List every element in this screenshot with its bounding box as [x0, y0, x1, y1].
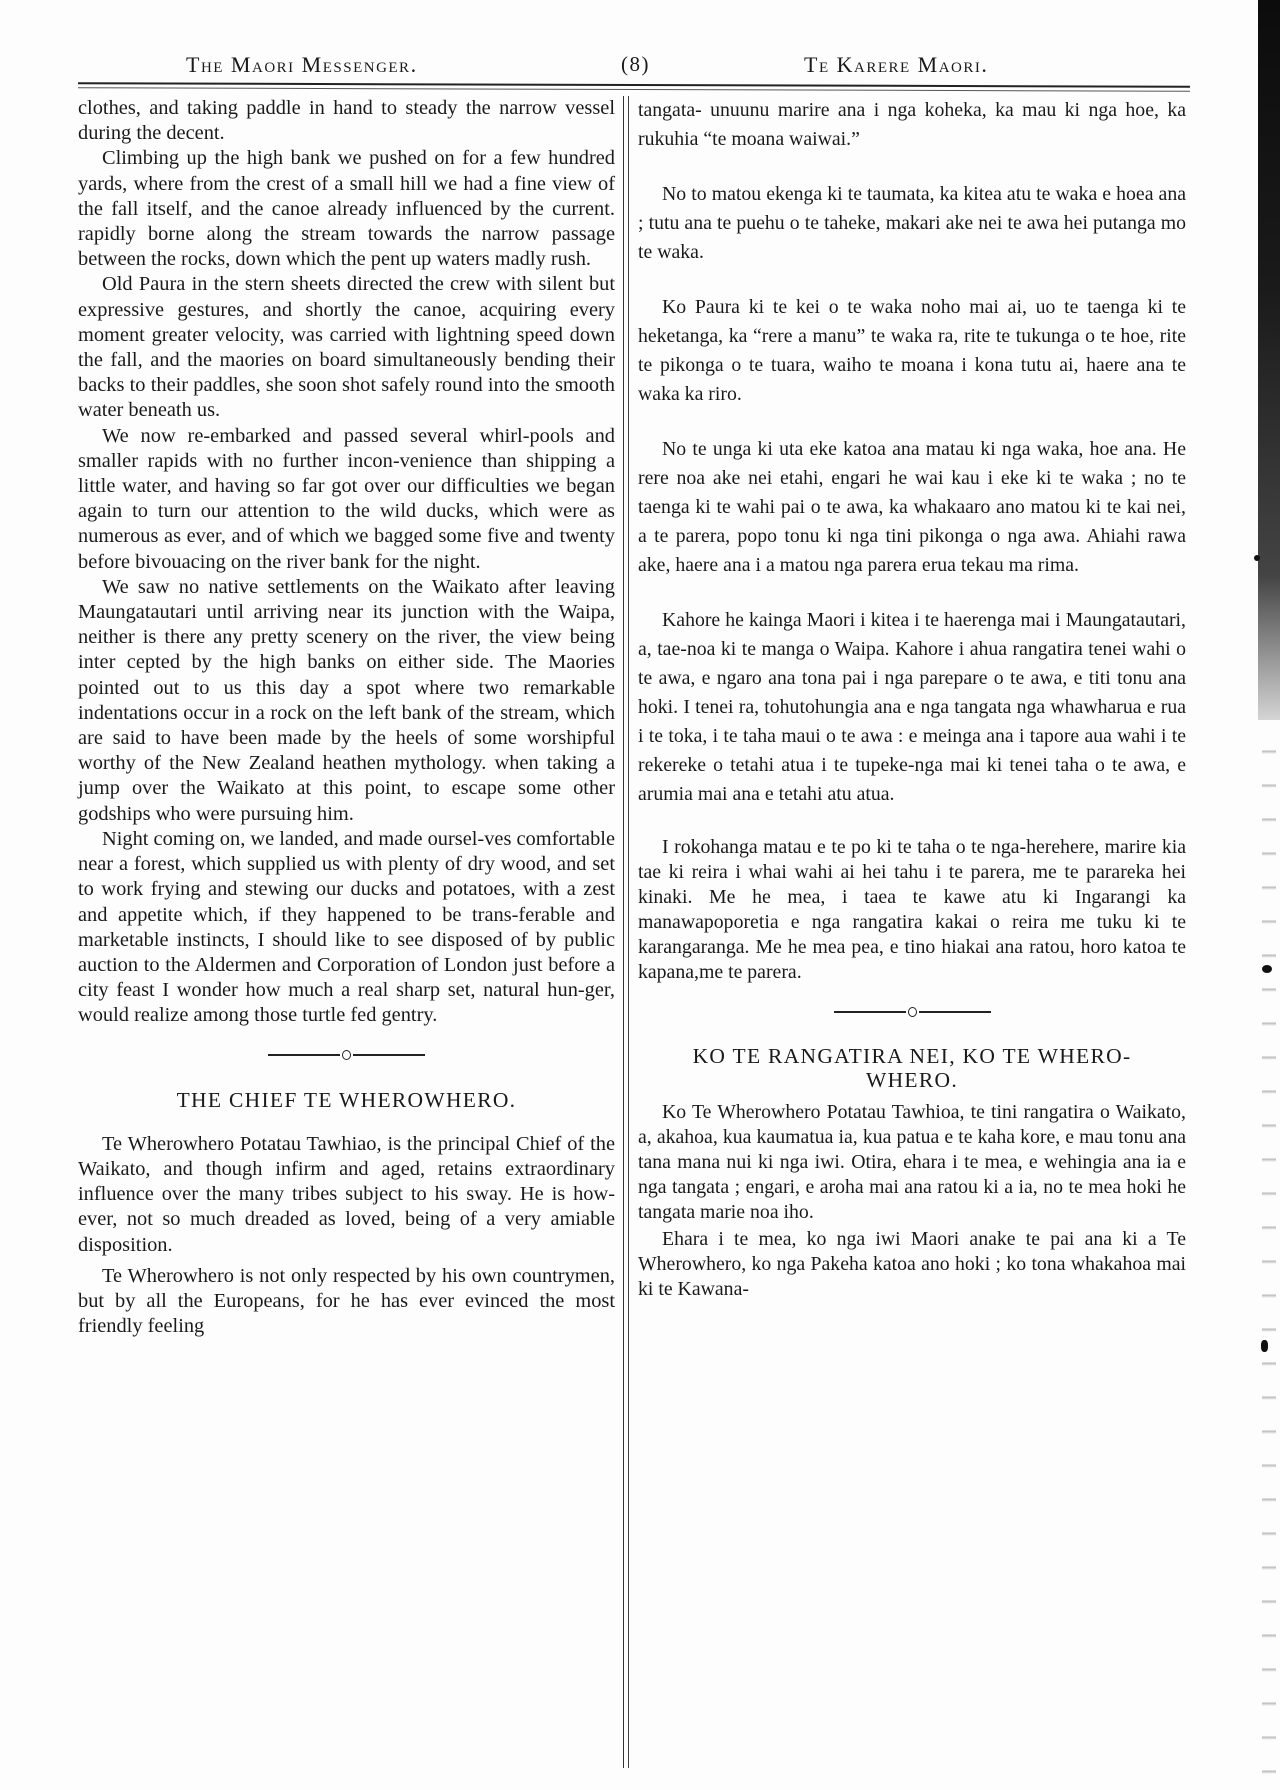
paragraph: No te unga ki uta eke katoa ana matau ki… — [638, 435, 1186, 580]
divider-line — [919, 1011, 991, 1013]
section-heading-english: THE CHIEF TE WHEROWHERO. — [78, 1088, 615, 1112]
paragraph: clothes, and taking paddle in hand to st… — [78, 96, 615, 146]
divider-circle-icon — [908, 1007, 917, 1017]
ink-blot — [1261, 1340, 1268, 1352]
english-column: clothes, and taking paddle in hand to st… — [78, 96, 615, 1339]
page-number: (8) — [621, 52, 650, 77]
paragraph: I rokohanga matau e te po ki te taha o t… — [638, 835, 1186, 985]
divider-circle-icon — [342, 1050, 351, 1060]
divider-line — [268, 1054, 340, 1056]
section-heading-maori: KO TE RANGATIRA NEI, KO TE WHERO-WHERO. — [638, 1044, 1186, 1092]
column-divider — [623, 96, 629, 1768]
paragraph: Night coming on, we landed, and made our… — [78, 827, 615, 1029]
divider-line — [834, 1011, 906, 1013]
section-divider-ornament — [78, 1043, 615, 1068]
newspaper-page: The Maori Messenger. (8) Te Karere Maori… — [0, 0, 1280, 1790]
paragraph: Kahore he kainga Maori i kitea i te haer… — [638, 606, 1186, 809]
masthead-english: The Maori Messenger. — [186, 52, 418, 78]
section-divider-ornament — [638, 999, 1186, 1024]
paragraph: We saw no native settlements on the Waik… — [78, 575, 615, 827]
paragraph: tangata- unuunu marire ana i nga koheka,… — [638, 96, 1186, 154]
paragraph: We now re-embarked and passed several wh… — [78, 424, 615, 575]
paragraph: Te Wherowhero Potatau Tawhiao, is the pr… — [78, 1132, 615, 1258]
maori-column: tangata- unuunu marire ana i nga koheka,… — [638, 96, 1186, 1304]
paragraph: Ko Paura ki te kei o te waka noho mai ai… — [638, 293, 1186, 409]
scan-edge-shadow — [1258, 0, 1280, 720]
paragraph: Ehara i te mea, ko nga iwi Maori anake t… — [638, 1227, 1186, 1302]
paragraph: No to matou ekenga ki te taumata, ka kit… — [638, 180, 1186, 267]
scan-edge-speckle — [1262, 720, 1276, 1780]
masthead-maori: Te Karere Maori. — [804, 52, 988, 78]
paragraph: Ko Te Wherowhero Potatau Tawhioa, te tin… — [638, 1100, 1186, 1225]
ink-blot — [1254, 555, 1260, 561]
paragraph: Climbing up the high bank we pushed on f… — [78, 146, 615, 272]
divider-line — [353, 1054, 425, 1056]
paragraph: Te Wherowhero is not only respected by h… — [78, 1264, 615, 1340]
ink-blot — [1262, 965, 1272, 973]
paragraph: Old Paura in the stern sheets directed t… — [78, 272, 615, 423]
page-header: The Maori Messenger. (8) Te Karere Maori… — [78, 52, 1190, 86]
